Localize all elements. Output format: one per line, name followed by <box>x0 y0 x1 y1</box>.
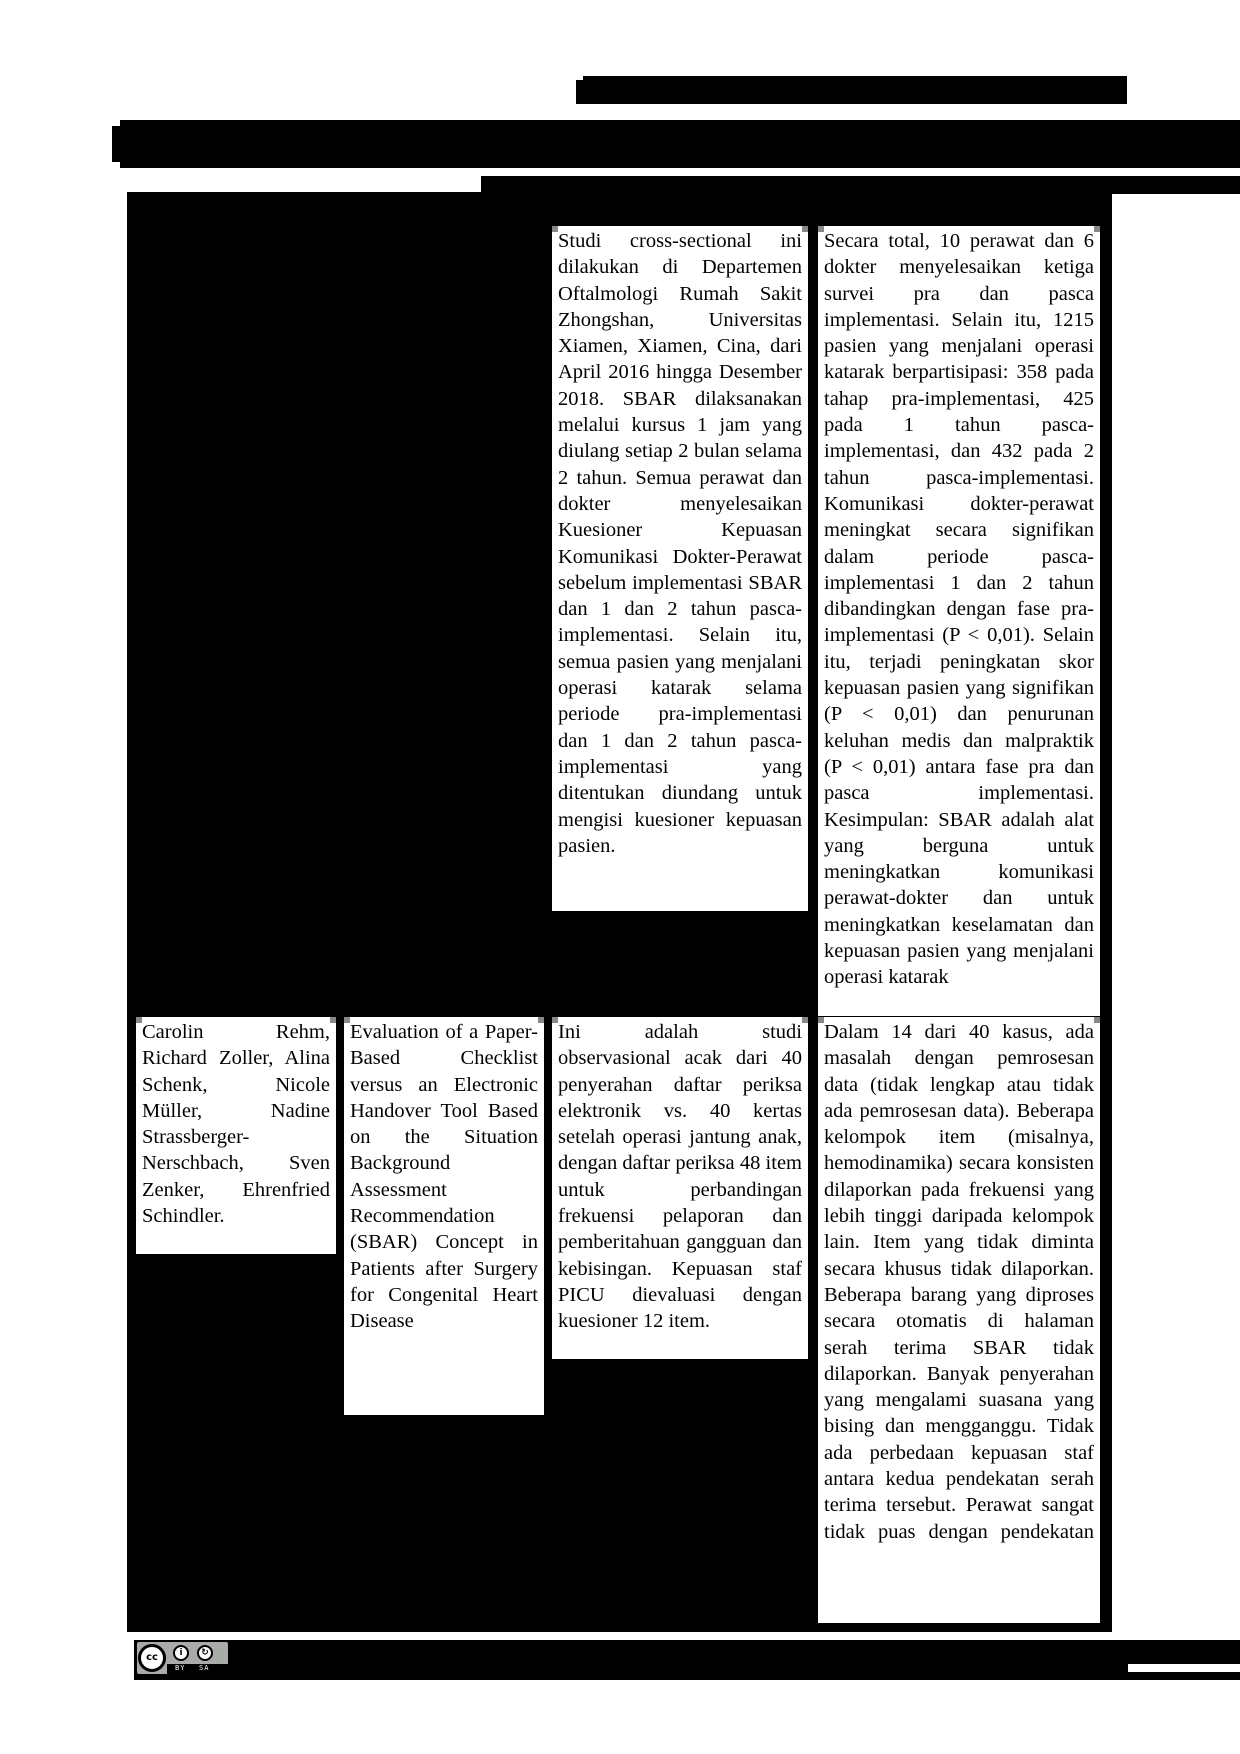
creative-commons-icon: cc <box>138 1644 166 1672</box>
row2-result-cell: Dalam 14 dari 40 kasus, ada masalah deng… <box>818 1017 1100 1623</box>
share-alike-icon: ↻ <box>197 1645 213 1661</box>
redacted-running-header <box>576 80 1127 104</box>
row1-result-cell: Secara total, 10 perawat dan 6 dokter me… <box>818 226 1100 1016</box>
redacted-running-header-notch <box>583 76 1127 82</box>
attribution-icon: i <box>173 1645 189 1661</box>
redacted-title-bar-left <box>112 126 122 162</box>
footer-gap-line <box>1128 1664 1240 1672</box>
sa-label: SA <box>199 1664 209 1672</box>
row2-method-cell: Ini adalah studi observasional acak dari… <box>552 1017 808 1359</box>
row2-authors-cell: Carolin Rehm, Richard Zoller, Alina Sche… <box>136 1017 336 1254</box>
row2-title-cell: Evaluation of a Paper-Based Checklist ve… <box>344 1017 544 1415</box>
redacted-footer-bar <box>134 1640 1240 1680</box>
by-label: BY <box>175 1664 185 1672</box>
cc-by-sa-license-badge[interactable]: cc i ↻ BY SA <box>136 1641 229 1675</box>
row1-method-cell: Studi cross-sectional ini dilakukan di D… <box>552 226 808 911</box>
redacted-title-bar <box>120 120 1240 168</box>
